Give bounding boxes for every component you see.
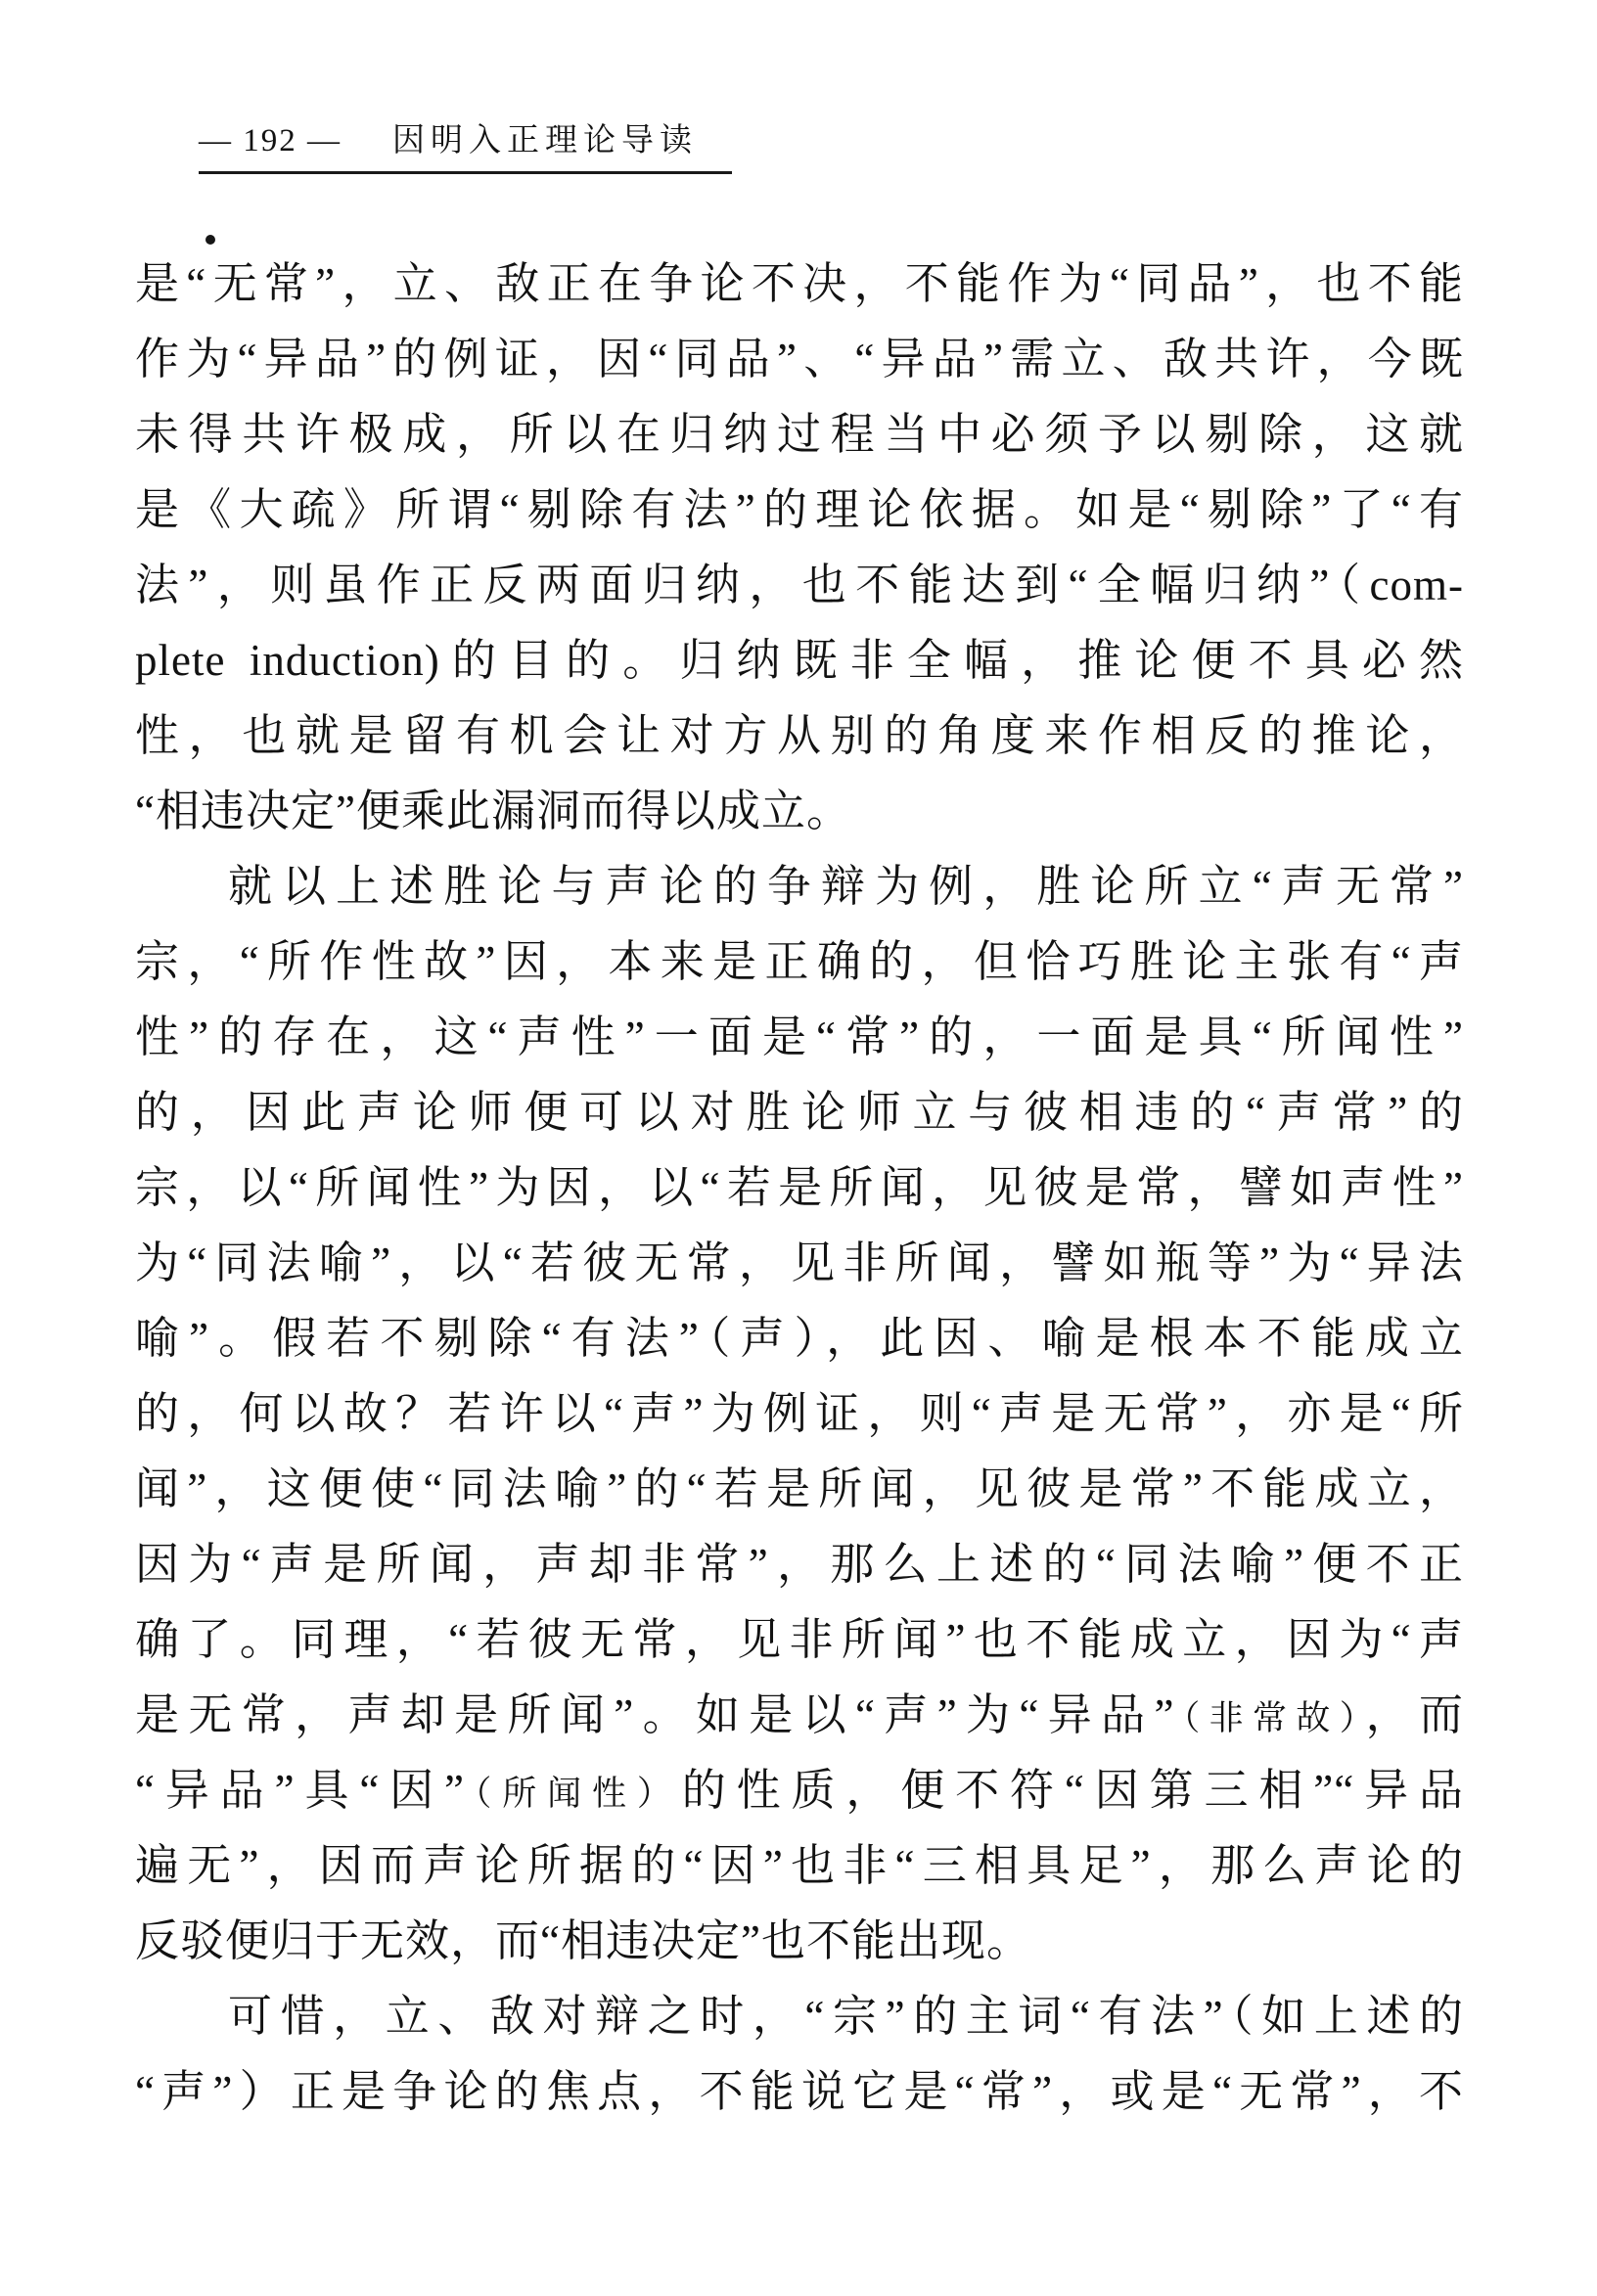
text-line: 闻”，这便使“同法喻”的“若是所闻，见彼是常”不能成立， <box>135 1452 1464 1527</box>
text-line: “相违决定”便乘此漏洞而得以成立。 <box>135 774 1464 849</box>
text-line: 法”，则虽作正反两面归纳，也不能达到“全幅归纳”（com- <box>135 548 1464 623</box>
text-line: 是“无常”，立、敌正在争论不决，不能作为“同品”，也不能 <box>135 247 1464 322</box>
text-line: 为“同法喻”，以“若彼无常，见非所闻，譬如瓶等”为“异法 <box>135 1226 1464 1301</box>
book-title: 因明入正理论导读 <box>392 123 698 158</box>
text-line: plete induction)的目的。归纳既非全幅，推论便不具必然 <box>135 623 1464 698</box>
text-line: 的，因此声论师便可以对胜论师立与彼相违的“声常”的 <box>135 1075 1464 1150</box>
text-segment: “异品”具“因” <box>135 1766 465 1815</box>
text-line: 未得共许极成，所以在归纳过程当中必须予以剔除，这就 <box>135 397 1464 473</box>
text-line: “声”）正是争论的焦点，不能说它是“常”，或是“无常”，不 <box>135 2054 1464 2130</box>
text-line: 反驳便归于无效，而“相违决定”也不能出现。 <box>135 1904 1464 1979</box>
text-line: 是《大疏》所谓“剔除有法”的理论依据。如是“剔除”了“有 <box>135 473 1464 548</box>
text-line: 性，也就是留有机会让对方从别的角度来作相反的推论， <box>135 698 1464 774</box>
page-header: — 192 —因明入正理论导读 <box>199 119 732 174</box>
text-line: 宗，“所作性故”因，本来是正确的，但恰巧胜论主张有“声 <box>135 924 1464 1000</box>
text-line: 作为“异品”的例证，因“同品”、“异品”需立、敌共许，今既 <box>135 322 1464 397</box>
paren-note: （所闻性） <box>465 1775 682 1813</box>
text-line-paragraph-start: 可惜，立、敌对辩之时，“宗”的主词“有法”（如上述的 <box>135 1979 1464 2054</box>
text-line: 遍无”，因而声论所据的“因”也非“三相具足”，那么声论的 <box>135 1828 1464 1904</box>
ink-speck <box>205 235 215 245</box>
text-line: 性”的存在，这“声性”一面是“常”的，一面是具“所闻性” <box>135 1000 1464 1075</box>
text-line-paragraph-start: 就以上述胜论与声论的争辩为例，胜论所立“声无常” <box>135 849 1464 924</box>
text-line: 喻”。假若不剔除“有法”（声），此因、喻是根本不能成立 <box>135 1301 1464 1376</box>
text-line: 确了。同理，“若彼无常，见非所闻”也不能成立，因为“声 <box>135 1602 1464 1678</box>
text-line: 因为“声是所闻，声却非常”，那么上述的“同法喻”便不正 <box>135 1527 1464 1602</box>
text-segment: 是无常，声却是所闻”。如是以“声”为“异品” <box>135 1690 1174 1739</box>
page-number: — 192 — <box>199 123 342 158</box>
text-segment: 的性质，便不符“因第三相”“异品 <box>682 1766 1464 1815</box>
text-line: “异品”具“因”（所闻性）的性质，便不符“因第三相”“异品 <box>135 1753 1464 1828</box>
paren-note: （非常故） <box>1174 1699 1365 1737</box>
text-line: 宗，以“所闻性”为因，以“若是所闻，见彼是常，譬如声性” <box>135 1150 1464 1226</box>
book-page-scan: — 192 —因明入正理论导读 是“无常”，立、敌正在争论不决，不能作为“同品”… <box>0 0 1597 2296</box>
text-segment: ，而 <box>1366 1690 1464 1739</box>
body-text: 是“无常”，立、敌正在争论不决，不能作为“同品”，也不能 作为“异品”的例证，因… <box>135 247 1464 2130</box>
text-line: 的，何以故？若许以“声”为例证，则“声是无常”，亦是“所 <box>135 1376 1464 1452</box>
text-line: 是无常，声却是所闻”。如是以“声”为“异品”（非常故），而 <box>135 1678 1464 1753</box>
